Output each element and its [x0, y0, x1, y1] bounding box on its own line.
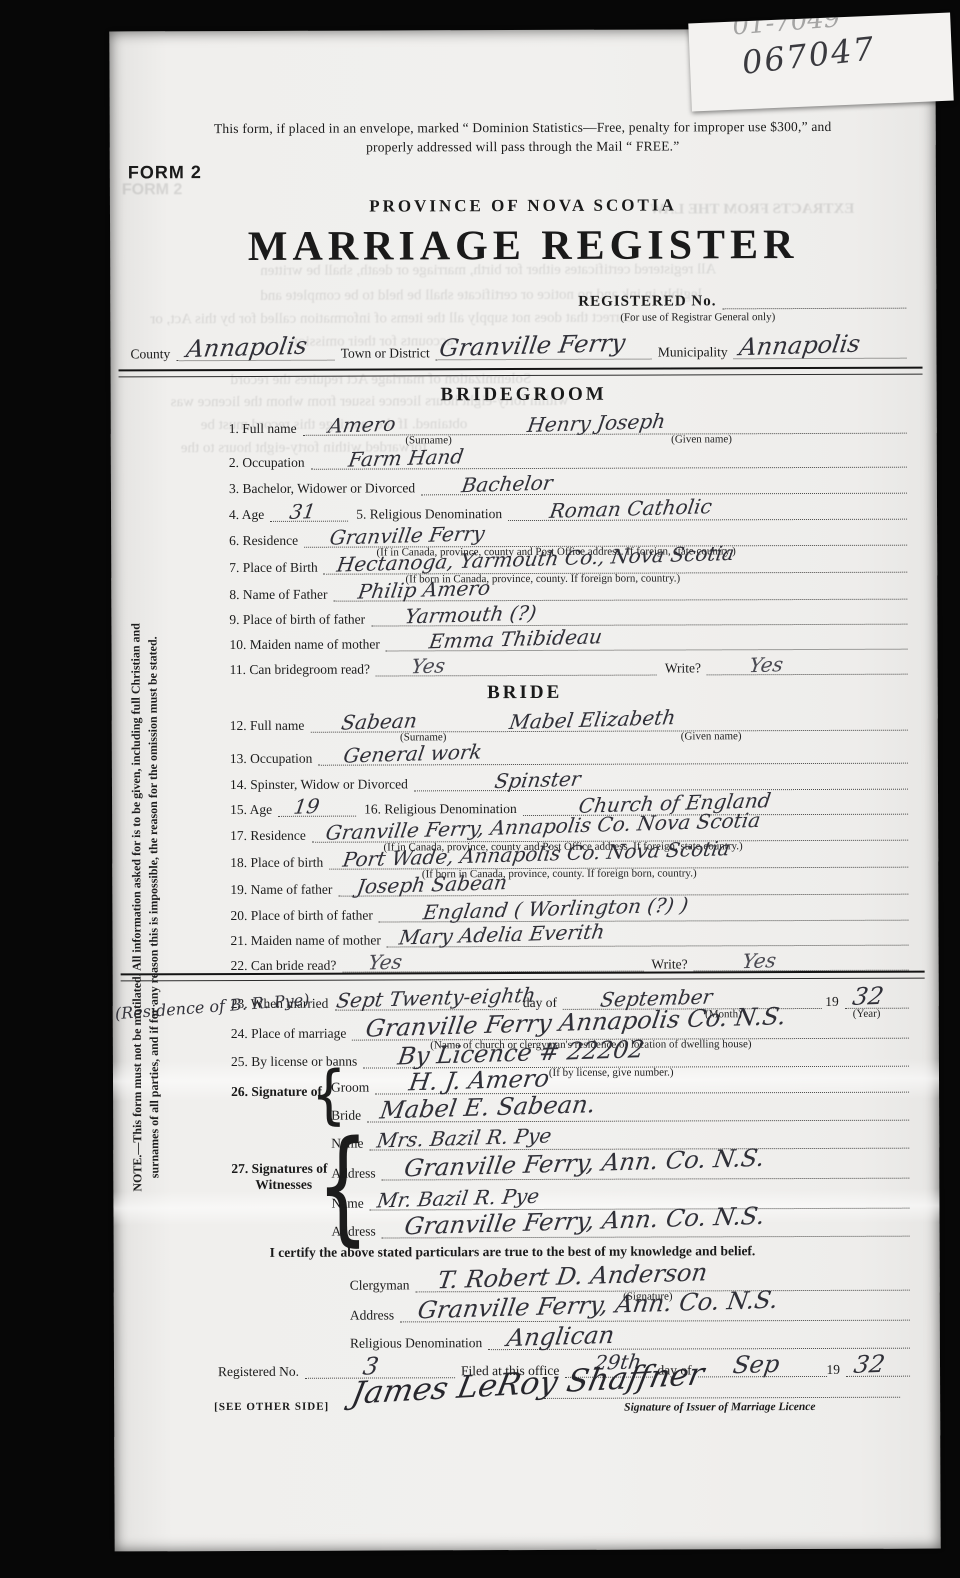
- issuer-signature-label: Signature of Issuer of Marriage Licence: [624, 1401, 815, 1414]
- witnesses-label2: Witnesses: [255, 1177, 312, 1193]
- handwritten-year: 32: [851, 982, 886, 1011]
- handwritten-given-name: Mabel Elizabeth: [508, 705, 677, 734]
- clergyman-denomination: Anglican: [505, 1321, 616, 1352]
- handwritten-value: England ( Worlington (?) ): [421, 893, 690, 925]
- name-label: Name: [331, 1196, 366, 1211]
- see-other-side-note: [SEE OTHER SIDE]: [214, 1401, 329, 1413]
- field-row: 21. Maiden name of mother Mary Adelia Ev…: [230, 924, 908, 948]
- field-label: 19. Name of father: [230, 882, 335, 897]
- field-label: 15. Age: [230, 802, 275, 817]
- handwritten-value: General work: [342, 740, 484, 768]
- filed-year: 32: [852, 1350, 887, 1379]
- witness1-name: Mrs. Bazil R. Pye: [375, 1123, 553, 1152]
- field-label: 24. Place of marriage: [231, 1026, 350, 1041]
- given-name-hint: (Given name): [671, 433, 732, 445]
- address-label: Address: [331, 1166, 378, 1181]
- field-row-fullname-groom: 1. Full name Amero Henry Joseph (Surname…: [229, 412, 907, 436]
- margin-note: NOTE.—This form must not be mutilated. A…: [127, 571, 163, 1243]
- field-label: 20. Place of birth of father: [230, 908, 376, 924]
- address-label: Address: [332, 1224, 379, 1239]
- handwritten-value: Yes: [747, 652, 784, 677]
- field-row: 14. Spinster, Widow or Divorced Spinster: [230, 768, 908, 792]
- handwritten-value: Mary Adelia Everith: [397, 919, 606, 949]
- mail-note-line1: This form, if placed in an envelope, mar…: [110, 119, 936, 138]
- name-label: Name: [331, 1136, 366, 1151]
- handwritten-value: Yarmouth (?): [403, 601, 538, 629]
- clergyman-denomination-row: Religious Denomination Anglican: [350, 1327, 910, 1351]
- handwritten-value: Joseph Sabean: [355, 870, 508, 898]
- witness2-address-row: Address Granville Ferry, Ann. Co. N.S.: [331, 1215, 909, 1239]
- municipality-value: Annapolis: [738, 330, 863, 362]
- handwritten-age: 31: [288, 499, 317, 524]
- field-row: 2. Occupation Farm Hand: [229, 446, 907, 470]
- field-row: 8. Name of Father Philip Amero: [229, 578, 907, 602]
- field-label: 2. Occupation: [229, 455, 308, 470]
- field-row: 3. Bachelor, Widower or Divorced Bachelo…: [229, 472, 907, 496]
- clergyman-row: Clergyman T. Robert D. Anderson (Signatu…: [350, 1269, 910, 1293]
- field-label: 11. Can bridegroom read?: [230, 662, 374, 678]
- witness1-address-row: Address Granville Ferry, Ann. Co. N.S.: [331, 1157, 909, 1181]
- field-row-when-married: 23. When married Sept Twenty-eighth day …: [231, 987, 909, 1011]
- field-label: 9. Place of birth of father: [229, 612, 368, 627]
- field-row: 17. Residence Granville Ferry, Annapolis…: [230, 819, 908, 843]
- handwritten-value: Emma Thibideau: [428, 624, 604, 653]
- issuer-signature-line: [544, 1397, 900, 1399]
- handwritten-value: Yes: [410, 653, 447, 678]
- year-prefix: 19: [826, 1362, 843, 1377]
- field-row: 7. Place of Birth Hectanoga, Yarmouth Co…: [229, 551, 907, 575]
- bridegroom-heading: BRIDEGROOM: [111, 383, 937, 408]
- scanned-document: { "scan": { "stamp_faded": "01-7049", "s…: [0, 0, 960, 1578]
- handwritten-given-name: Henry Joseph: [526, 409, 667, 437]
- filed-month: Sep: [731, 1350, 781, 1379]
- field-row: 9. Place of birth of father Yarmouth (?): [229, 603, 907, 627]
- field-row: 18. Place of birth Port Wade, Annapolis …: [230, 846, 908, 870]
- bleedthrough-text: correct that does not supply all the ite…: [150, 310, 633, 329]
- register-page: FORM 2 EXTRACTS FROM THE LAW All registe…: [109, 29, 940, 1552]
- page-title: MARRIAGE REGISTER: [110, 221, 936, 272]
- field-label: 14. Spinster, Widow or Divorced: [230, 776, 411, 792]
- field-label: 16. Religious Denomination: [356, 801, 520, 817]
- field-label: 3. Bachelor, Widower or Divorced: [229, 480, 418, 496]
- groom-signature-row: Groom H. J. Amero: [331, 1071, 909, 1095]
- handwritten-value: Bachelor: [460, 471, 554, 498]
- handwritten-value: Farm Hand: [346, 444, 464, 471]
- field-label: 10. Maiden name of mother: [229, 636, 382, 652]
- field-label: 12. Full name: [230, 718, 308, 733]
- section-rule: [121, 971, 925, 982]
- field-label: 1. Full name: [229, 421, 300, 436]
- field-label: 22. Can bride read?: [231, 958, 340, 973]
- province-heading: PROVINCE OF NOVA SCOTIA: [110, 195, 936, 218]
- clergyman-label: Clergyman: [350, 1277, 413, 1292]
- town-value: Granville Ferry: [438, 329, 628, 362]
- write-label: Write?: [643, 956, 690, 971]
- mail-note-line2: properly addressed will pass through the…: [110, 138, 936, 157]
- handwritten-value: Roman Catholic: [548, 494, 714, 523]
- field-row: 6. Residence Granville Ferry (If in Cana…: [229, 524, 907, 548]
- registered-no-hint: (For use of Registrar General only): [620, 311, 775, 324]
- field-label: 18. Place of birth: [230, 855, 326, 870]
- field-label: 17. Residence: [230, 828, 309, 843]
- field-label: 6. Residence: [229, 533, 301, 548]
- field-label: 21. Maiden name of mother: [230, 932, 383, 948]
- handwritten-value: Philip Amero: [357, 576, 493, 604]
- field-row-literacy-groom: 11. Can bridegroom read? Yes Write? Yes: [230, 653, 908, 677]
- field-row-fullname-bride: 12. Full name Sabean Mabel Elizabeth (Su…: [230, 709, 908, 733]
- corner-sheet: 01-7049 067047: [688, 13, 953, 112]
- groom-label: Groom: [331, 1080, 372, 1095]
- bride-heading: BRIDE: [112, 681, 938, 706]
- field-row: 19. Name of father Joseph Sabean: [230, 873, 908, 897]
- registered-label: Registered No.: [218, 1364, 302, 1379]
- municipality-label: Municipality: [652, 344, 731, 359]
- field-row-literacy-bride: 22. Can bride read? Yes Write? Yes: [231, 949, 909, 973]
- denomination-label: Religious Denomination: [350, 1335, 485, 1350]
- witnesses-label: 27. Signatures of: [231, 1161, 327, 1177]
- year-prefix: 19: [821, 994, 842, 1009]
- given-name-hint: (Given name): [681, 730, 742, 742]
- form-number-label: FORM 2: [128, 162, 202, 183]
- field-label: 4. Age: [229, 507, 267, 522]
- field-row: 20. Place of birth of father England ( W…: [230, 899, 908, 923]
- field-label: 8. Name of Father: [229, 587, 330, 602]
- field-label: 13. Occupation: [230, 751, 316, 766]
- registered-no-row: REGISTERED No.: [578, 287, 906, 310]
- witness1-name-row: Name Mrs. Bazil R. Pye: [331, 1127, 909, 1151]
- section-rule: [119, 367, 923, 378]
- county-value: Annapolis: [184, 332, 309, 364]
- registered-no-line: [722, 288, 906, 310]
- signature-of-label: 26. Signature of: [231, 1084, 322, 1100]
- clergyman-address-row: Address Granville Ferry, Ann. Co. N.S.: [350, 1299, 910, 1323]
- town-label: Town or District: [335, 345, 433, 360]
- county-label: County: [130, 346, 173, 361]
- handwritten-age: 19: [292, 794, 321, 819]
- field-row: 13. Occupation General work: [230, 742, 908, 766]
- handwritten-value: Yes: [366, 950, 403, 975]
- county-row: County Annapolis Town or District Granvi…: [130, 337, 906, 362]
- write-label: Write?: [657, 660, 704, 675]
- bride-signature: Mabel E. Sabean.: [378, 1090, 597, 1124]
- bride-signature-row: Bride Mabel E. Sabean.: [331, 1099, 909, 1123]
- registered-no-label: REGISTERED No.: [578, 294, 719, 309]
- handwritten-value: Spinster: [493, 767, 582, 794]
- handwritten-day: Sept Twenty-eighth: [334, 983, 536, 1013]
- handwritten-surname: Amero: [327, 412, 398, 438]
- field-label: 5. Religious Denomination: [348, 506, 505, 522]
- address-label: Address: [350, 1307, 397, 1322]
- field-label: 7. Place of Birth: [229, 560, 321, 575]
- handwritten-value: Yes: [741, 948, 778, 973]
- field-row-age-denomination: 4. Age 31 5. Religious Denomination Roma…: [229, 498, 907, 522]
- margin-note-line2: surnames of all parties, and if for any …: [144, 571, 163, 1243]
- field-row: 10. Maiden name of mother Emma Thibideau: [229, 628, 907, 652]
